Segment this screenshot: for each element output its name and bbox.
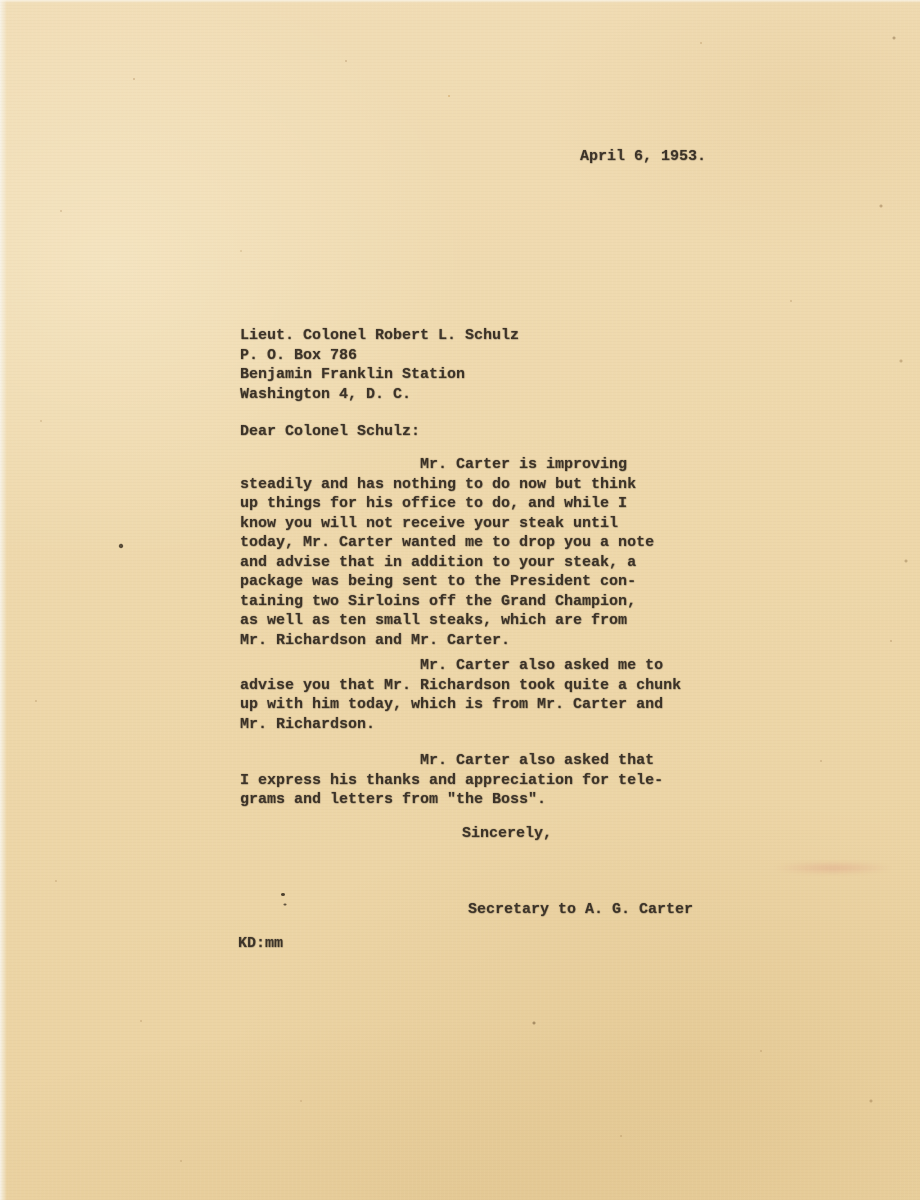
text-line: as well as ten small steaks, which are f… <box>240 611 654 631</box>
text-line: and advise that in addition to your stea… <box>240 553 654 573</box>
typist-initials: KD:mm <box>238 934 283 954</box>
scan-edge-top <box>0 0 920 3</box>
paragraph-2: Mr. Carter also asked me toadvise you th… <box>240 656 681 734</box>
pink-smudge <box>748 858 918 878</box>
text-line: know you will not receive your steak unt… <box>240 514 654 534</box>
letter-date: April 6, 1953. <box>580 147 706 167</box>
text-line: Washington 4, D. C. <box>240 385 519 405</box>
text-line: up with him today, which is from Mr. Car… <box>240 695 681 715</box>
scan-edge-left <box>0 0 7 1200</box>
paragraph-1: Mr. Carter is improvingsteadily and has … <box>240 455 654 650</box>
paper-specks <box>0 0 2 2</box>
text-line: today, Mr. Carter wanted me to drop you … <box>240 533 654 553</box>
text-line: advise you that Mr. Richardson took quit… <box>240 676 681 696</box>
text-line: package was being sent to the President … <box>240 572 654 592</box>
text-line: taining two Sirloins off the Grand Champ… <box>240 592 654 612</box>
text-line: grams and letters from "the Boss". <box>240 790 663 810</box>
text-line: Mr. Richardson and Mr. Carter. <box>240 631 654 651</box>
text-line: Mr. Richardson. <box>240 715 681 735</box>
text-line: Mr. Carter also asked me to <box>240 656 681 676</box>
closing: Sincerely, <box>462 824 552 844</box>
text-line: Benjamin Franklin Station <box>240 365 519 385</box>
letter-page: April 6, 1953. Lieut. Colonel Robert L. … <box>0 0 920 1200</box>
text-line: Mr. Carter also asked that <box>240 751 663 771</box>
text-line: I express his thanks and appreciation fo… <box>240 771 663 791</box>
paragraph-3: Mr. Carter also asked thatI express his … <box>240 751 663 810</box>
text-line: Mr. Carter is improving <box>240 455 654 475</box>
text-line: Lieut. Colonel Robert L. Schulz <box>240 326 519 346</box>
recipient-address: Lieut. Colonel Robert L. SchulzP. O. Box… <box>240 326 519 404</box>
salutation: Dear Colonel Schulz: <box>240 422 420 442</box>
signature-title: Secretary to A. G. Carter <box>468 900 693 920</box>
text-line: up things for his office to do, and whil… <box>240 494 654 514</box>
text-line: steadily and has nothing to do now but t… <box>240 475 654 495</box>
text-line: P. O. Box 786 <box>240 346 519 366</box>
ink-smudge <box>281 893 285 896</box>
